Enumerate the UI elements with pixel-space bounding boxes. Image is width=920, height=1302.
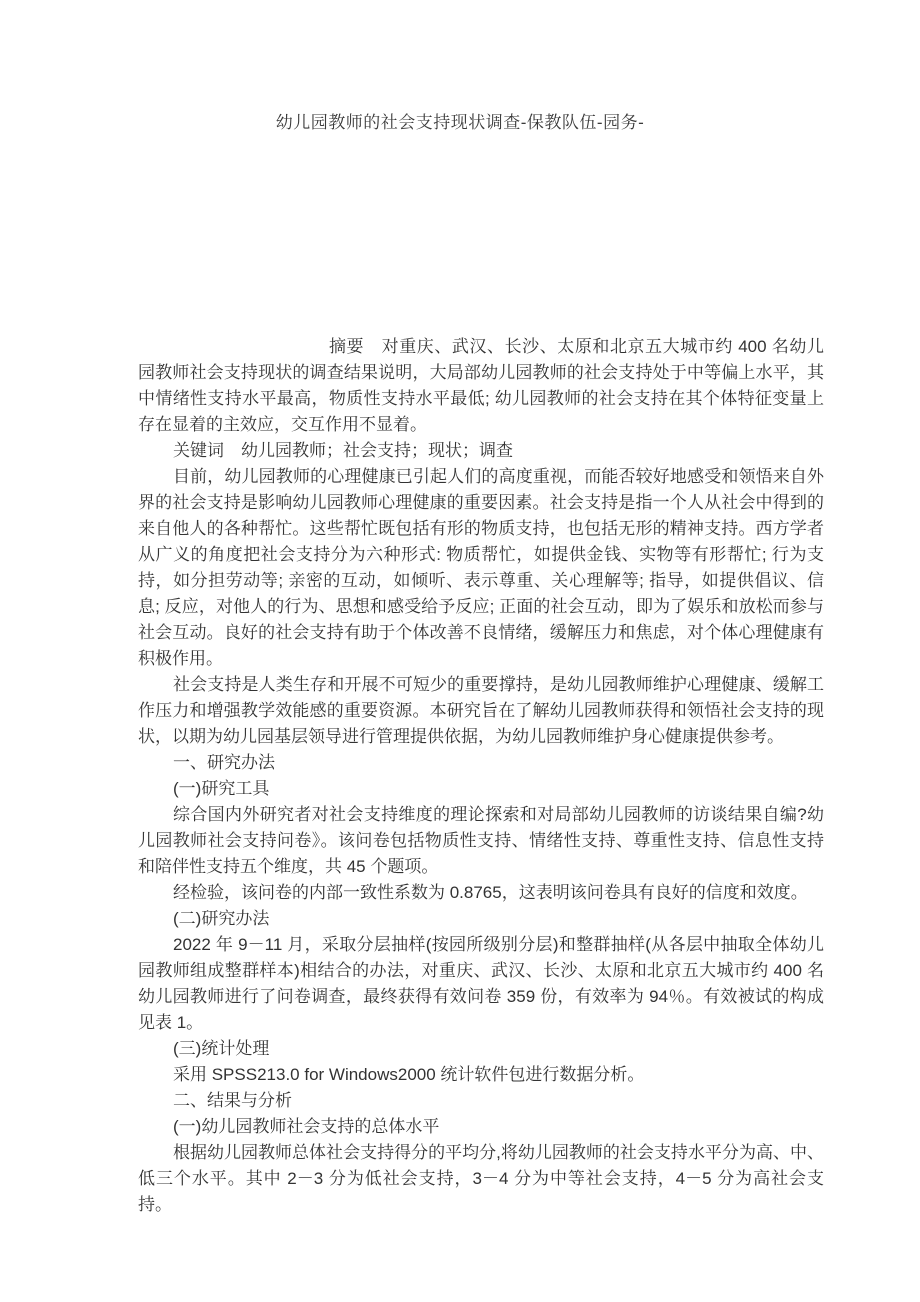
- subsection-heading-1-2: (二)研究办法: [138, 906, 824, 932]
- intro-paragraph-2: 社会支持是人类生存和开展不可短少的重要撑持，是幼儿园教师维护心理健康、缓解工作压…: [138, 672, 824, 750]
- results-paragraph-1: 根据幼儿园教师总体社会支持得分的平均分,将幼儿园教师的社会支持水平分为高、中、低…: [138, 1140, 824, 1218]
- method-tool-paragraph: 综合国内外研究者对社会支持维度的理论探索和对局部幼儿园教师的访谈结果自编?幼儿园…: [138, 802, 824, 880]
- section-heading-2: 二、结果与分析: [138, 1088, 824, 1114]
- document-body: 摘要 对重庆、武汉、长沙、太原和北京五大城市约 400 名幼儿园教师社会支持现状…: [138, 334, 824, 1218]
- intro-paragraph-1: 目前，幼儿园教师的心理健康已引起人们的高度重视，而能否较好地感受和领悟来自外界的…: [138, 464, 824, 672]
- subsection-heading-1-3: (三)统计处理: [138, 1036, 824, 1062]
- abstract-paragraph: 摘要 对重庆、武汉、长沙、太原和北京五大城市约 400 名幼儿园教师社会支持现状…: [138, 334, 824, 438]
- sampling-paragraph: 2022 年 9－11 月，采取分层抽样(按园所级别分层)和整群抽样(从各层中抽…: [138, 932, 824, 1036]
- document-title: 幼儿园教师的社会支持现状调查-保教队伍-园务-: [0, 110, 920, 136]
- document-page: 幼儿园教师的社会支持现状调查-保教队伍-园务- 摘要 对重庆、武汉、长沙、太原和…: [0, 0, 920, 1302]
- section-heading-1: 一、研究办法: [138, 750, 824, 776]
- keywords-paragraph: 关键词 幼儿园教师；社会支持；现状；调查: [138, 438, 824, 464]
- reliability-paragraph: 经检验，该问卷的内部一致性系数为 0.8765，这表明该问卷具有良好的信度和效度…: [138, 880, 824, 906]
- subsection-heading-2-1: (一)幼儿园教师社会支持的总体水平: [138, 1114, 824, 1140]
- statistics-paragraph: 采用 SPSS213.0 for Windows2000 统计软件包进行数据分析…: [138, 1062, 824, 1088]
- subsection-heading-1-1: (一)研究工具: [138, 776, 824, 802]
